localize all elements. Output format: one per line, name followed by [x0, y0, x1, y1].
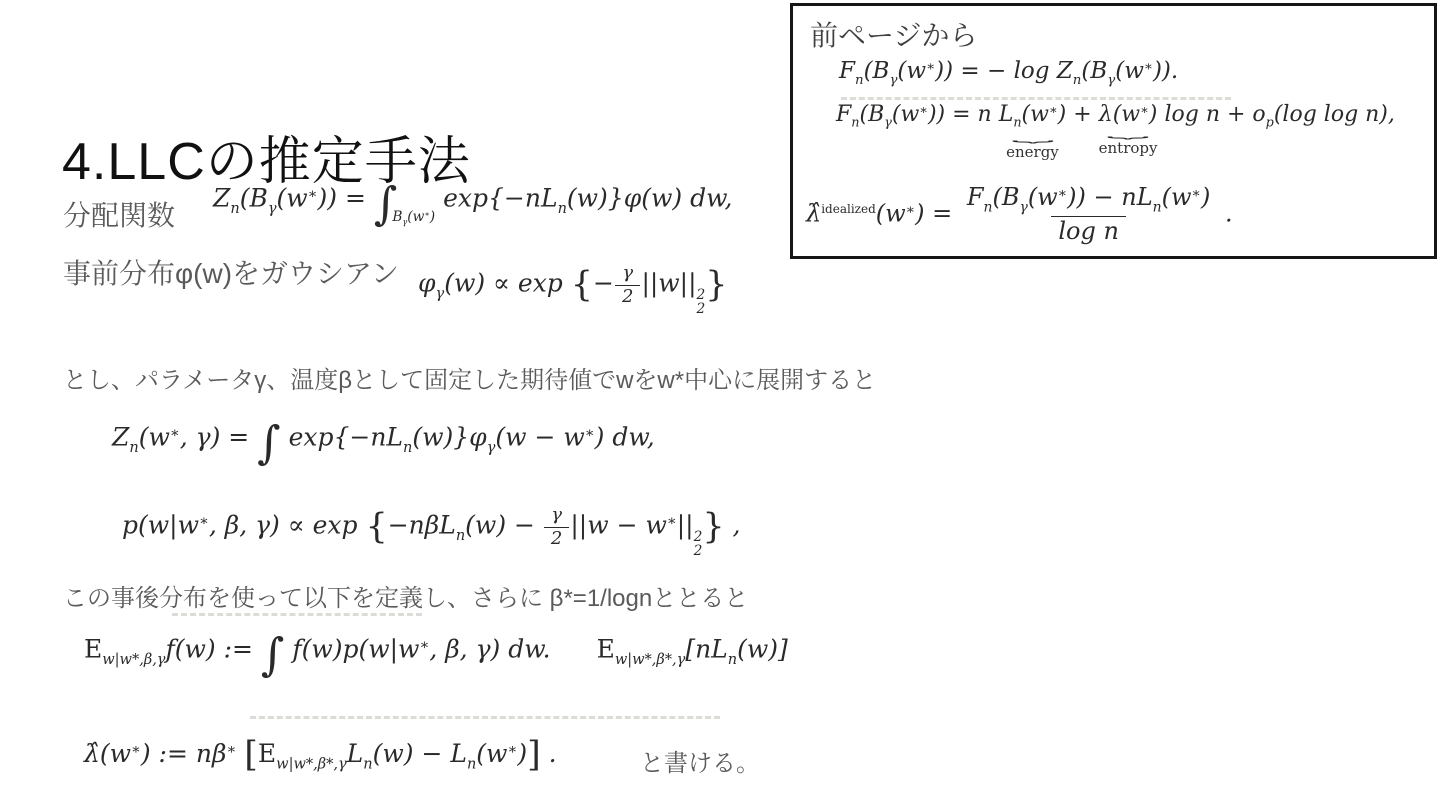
formula-partition-expanded: Zn(w∗, γ) = ∫ exp{−nLn(w)}φγ(w − w∗) dw,: [112, 420, 655, 465]
label-partition-function: 分配関数: [63, 194, 175, 234]
prev-page-heading: 前ページから: [810, 14, 977, 54]
trailing-note: と書ける。: [640, 743, 760, 778]
scan-artifact: [250, 716, 720, 719]
sentence-define-beta: この事後分布を使って以下を定義し、さらに β*=1/lognととると: [63, 578, 748, 613]
prev-page-box: 前ページから Fn(Bγ(w∗)) = − log Zn(Bγ(w∗)). Fn…: [790, 3, 1437, 259]
sentence-expand-around-wstar: とし、パラメータγ、温度βとして固定した期待値でwをw*中心に展開すると: [63, 360, 876, 395]
formula-gaussian-prior: φγ(w) ∝ exp {−γ2||w||22}: [418, 263, 728, 316]
formula-idealized-llc: λ̂idealized(w∗) = Fn(Bγ(w∗)) − nLn(w∗)lo…: [806, 184, 1233, 246]
scan-artifact: [841, 97, 1231, 100]
formula-posterior: p(w|w∗, β, γ) ∝ exp {−nβLn(w) − γ2||w − …: [122, 505, 741, 558]
formula-lambda-hat: λ̂(w∗) := nβ∗ [Ew|w*,β*,γLn(w) − Ln(w∗)]…: [84, 735, 557, 775]
formula-expansion: Fn(Bγ(w∗)) = n Ln(w∗)⏟energy + λ(w∗)⏟ent…: [836, 102, 1395, 161]
formula-free-energy: Fn(Bγ(w∗)) = − log Zn(Bγ(w∗)).: [839, 58, 1178, 88]
formula-expectation: Ew|w*,β,γf(w) := ∫ f(w)p(w|w∗, β, γ) dw.…: [84, 632, 788, 677]
formula-partition-function: Zn(Bγ(w∗)) = ∫Bγ(w∗) exp{−nLn(w)}φ(w) dw…: [213, 181, 732, 226]
label-prior-gaussian: 事前分布φ(w)をガウシアン: [63, 252, 399, 292]
scan-artifact: [172, 613, 422, 616]
